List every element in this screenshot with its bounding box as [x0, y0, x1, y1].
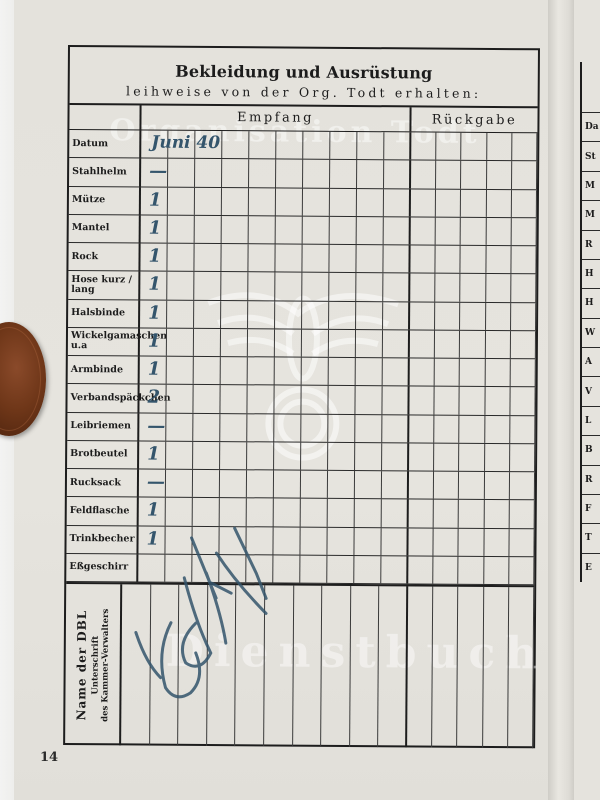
- empfang-cell: [381, 556, 408, 583]
- empfang-cell: [193, 470, 220, 497]
- rueckgabe-cell: [434, 415, 459, 442]
- rueckgabe-cell: [435, 274, 460, 301]
- form-title-area: Bekleidung und Ausrüstung leihweise von …: [70, 47, 538, 108]
- empfang-cell: [383, 330, 410, 357]
- table-row: Mütze1: [69, 187, 537, 219]
- empfang-cell: [195, 159, 222, 186]
- right-page-row-label: B: [582, 435, 600, 464]
- handwritten-entry: 2: [147, 387, 160, 408]
- empfang-cell: [168, 159, 195, 186]
- empfang-cell: [246, 555, 273, 582]
- right-page-row-label: Da: [582, 112, 600, 141]
- signature-cells: [121, 584, 534, 748]
- empfang-cell: [383, 302, 410, 329]
- empfang-cell: [357, 160, 384, 187]
- row-label: Mantel: [69, 215, 141, 243]
- empfang-cell: [193, 385, 220, 412]
- empfang-cell: [248, 244, 275, 271]
- right-page-row-label: St: [582, 141, 600, 170]
- table-row: Feldflasche1: [67, 497, 535, 529]
- rueckgabe-cell: [460, 387, 485, 414]
- empfang-cell: [248, 273, 275, 300]
- empfang-cell: [356, 330, 383, 357]
- empfang-cell: [301, 414, 328, 441]
- rueckgabe-cell: [511, 218, 536, 245]
- row-label: Armbinde: [68, 356, 140, 384]
- empfang-cell: [383, 358, 410, 385]
- right-page-row-label: V: [582, 376, 600, 405]
- empfang-cell: [247, 442, 274, 469]
- rueckgabe-cell: [510, 387, 535, 414]
- empfang-cell: [166, 498, 193, 525]
- empfang-cell: [383, 273, 410, 300]
- empfang-cell: [355, 443, 382, 470]
- empfang-cell: [384, 132, 411, 159]
- handwritten-entry: 1: [148, 302, 161, 323]
- rueckgabe-cell: [409, 471, 434, 498]
- rueckgabe-cell: [460, 302, 485, 329]
- rueckgabe-cell: [435, 302, 460, 329]
- empfang-cell: [328, 414, 355, 441]
- rueckgabe-cell: [509, 529, 534, 556]
- right-page-row-label: L: [582, 406, 600, 435]
- empfang-cell: [167, 357, 194, 384]
- empfang-cell: [328, 499, 355, 526]
- row-label: Feldflasche: [67, 497, 139, 525]
- empfang-cell: [302, 329, 329, 356]
- empfang-cell: [302, 301, 329, 328]
- empfang-cell: [195, 216, 222, 243]
- empfang-cell: [302, 245, 329, 272]
- empfang-cell: [194, 357, 221, 384]
- signature-cell: [207, 585, 237, 746]
- rueckgabe-cell: [410, 358, 435, 385]
- rueckgabe-cell: [486, 302, 511, 329]
- signature-cell: [293, 586, 323, 747]
- row-label: Eßgeschirr: [66, 554, 138, 582]
- rueckgabe-cell: [512, 133, 537, 160]
- empfang-cell: [383, 245, 410, 272]
- empfang-cell: [329, 358, 356, 385]
- rueckgabe-cell: [408, 556, 433, 583]
- handwritten-entry: —: [147, 472, 165, 493]
- empfang-cell: [248, 301, 275, 328]
- signature-cell: [378, 586, 408, 747]
- rueckgabe-cell: [461, 189, 486, 216]
- empfang-cell: [165, 554, 192, 581]
- handwritten-entry: 1: [148, 274, 161, 295]
- rueckgabe-cell: [411, 217, 436, 244]
- empfang-cell: [274, 414, 301, 441]
- empfang-cell: [222, 131, 249, 158]
- rueckgabe-cell: [411, 189, 436, 216]
- table-row: Hose kurz / lang1: [68, 271, 536, 303]
- empfang-cell: [382, 443, 409, 470]
- empfang-cell: [222, 188, 249, 215]
- handwritten-entry: 1: [147, 443, 160, 464]
- rueckgabe-cell: [436, 246, 461, 273]
- right-page-row-label: M: [582, 200, 600, 229]
- empfang-cell: [249, 160, 276, 187]
- signature-cell: [321, 586, 351, 747]
- table-row: Stahlhelm—: [69, 158, 537, 190]
- section-header-row: Empfang Rückgabe: [69, 105, 537, 133]
- header-empfang: Empfang: [141, 106, 411, 132]
- handwritten-entry: 1: [148, 330, 161, 351]
- empfang-cell: [301, 386, 328, 413]
- empfang-cell: [329, 245, 356, 272]
- rueckgabe-cell: [436, 161, 461, 188]
- rueckgabe-cell: [460, 330, 485, 357]
- empfang-cell: [249, 216, 276, 243]
- empfang-cell: [384, 217, 411, 244]
- empfang-cell: [329, 301, 356, 328]
- empfang-cell: [166, 441, 193, 468]
- rueckgabe-cell: [485, 387, 510, 414]
- rueckgabe-cell: [459, 472, 484, 499]
- empfang-cell: [275, 244, 302, 271]
- rueckgabe-cell: [409, 415, 434, 442]
- header-rueckgabe: Rückgabe: [411, 107, 537, 132]
- empfang-cell: [276, 160, 303, 187]
- empfang-cell: [219, 555, 246, 582]
- empfang-cell: [301, 471, 328, 498]
- signature-cell: [407, 586, 433, 747]
- rueckgabe-cell: [410, 274, 435, 301]
- rueckgabe-cell: [408, 528, 433, 555]
- empfang-cell: [221, 301, 248, 328]
- signature-cell: [432, 587, 458, 748]
- empfang-cell: [247, 386, 274, 413]
- empfang-cell: [303, 188, 330, 215]
- rueckgabe-cell: [433, 556, 458, 583]
- rueckgabe-cell: [484, 557, 509, 584]
- signature-label-main: Name der DBL: [74, 590, 89, 740]
- row-label: Wickelgamaschen u.a: [68, 328, 140, 356]
- empfang-cell: [221, 357, 248, 384]
- empfang-cell: [220, 470, 247, 497]
- rueckgabe-cell: [510, 472, 535, 499]
- row-label: Leibriemen: [67, 413, 139, 441]
- handwritten-entry: —: [149, 161, 167, 182]
- rueckgabe-cell: [460, 415, 485, 442]
- rueckgabe-cell: [512, 161, 537, 188]
- empfang-cell: [246, 527, 273, 554]
- empfang-cell: [330, 132, 357, 159]
- table-row: Trinkbecher1: [66, 526, 534, 558]
- row-label: Verbandspäckchen: [67, 384, 139, 412]
- rueckgabe-cell: [434, 472, 459, 499]
- empfang-cell: [303, 216, 330, 243]
- handwritten-entry: 1: [149, 189, 162, 210]
- empfang-cell: [302, 358, 329, 385]
- right-page-row-label: H: [582, 288, 600, 317]
- signature-label-sub2: des Kammer-Verwalters: [100, 590, 111, 740]
- rueckgabe-cell: [484, 500, 509, 527]
- empfang-cell: [194, 244, 221, 271]
- row-label: Halsbinde: [68, 300, 140, 328]
- rueckgabe-cell: [434, 500, 459, 527]
- empfang-cell: [329, 273, 356, 300]
- empfang-cell: [355, 471, 382, 498]
- rueckgabe-cell: [434, 443, 459, 470]
- row-label: Rucksack: [67, 469, 139, 497]
- empfang-cell: [273, 527, 300, 554]
- rueckgabe-cell: [487, 133, 512, 160]
- empfang-cell: [193, 498, 220, 525]
- rueckgabe-cell: [410, 330, 435, 357]
- empfang-cell: [303, 160, 330, 187]
- table-row: Mantel1: [69, 215, 537, 247]
- right-page-row-label: T: [582, 523, 600, 552]
- empfang-cell: [356, 245, 383, 272]
- table-row: Verbandspäckchen2: [67, 384, 535, 416]
- rueckgabe-cell: [512, 190, 537, 217]
- empfang-cell: [328, 386, 355, 413]
- empfang-cell: [384, 160, 411, 187]
- row-label: Mütze: [69, 187, 141, 215]
- handwritten-entry: 1: [148, 359, 161, 380]
- empfang-cell: [275, 357, 302, 384]
- empfang-cell: [167, 244, 194, 271]
- signature-cell: [264, 585, 294, 746]
- table-row: Halsbinde1: [68, 300, 536, 332]
- empfang-cell: [249, 131, 276, 158]
- book-gutter: [548, 0, 574, 800]
- rueckgabe-cell: [459, 500, 484, 527]
- empfang-cell: [327, 527, 354, 554]
- empfang-cell: [354, 528, 381, 555]
- rueckgabe-cell: [484, 472, 509, 499]
- empfang-cell: [357, 189, 384, 216]
- empfang-cell: [274, 442, 301, 469]
- empfang-cell: [303, 132, 330, 159]
- rueckgabe-cell: [436, 133, 461, 160]
- empfang-cell: [275, 273, 302, 300]
- empfang-cell: [328, 471, 355, 498]
- empfang-cell: [356, 273, 383, 300]
- rueckgabe-cell: [511, 274, 536, 301]
- empfang-cell: [382, 471, 409, 498]
- empfang-cell: [274, 386, 301, 413]
- rueckgabe-cell: [409, 443, 434, 470]
- empfang-cell: [354, 556, 381, 583]
- rueckgabe-cell: [436, 217, 461, 244]
- empfang-cell: [274, 499, 301, 526]
- signature-cell: [350, 586, 380, 747]
- row-label: Datum: [69, 130, 141, 158]
- empfang-cell: [357, 217, 384, 244]
- empfang-cell: [275, 329, 302, 356]
- rueckgabe-cell: [435, 387, 460, 414]
- empfang-cell: [357, 132, 384, 159]
- right-page-row-label: F: [582, 494, 600, 523]
- empfang-cell: [384, 189, 411, 216]
- table-row: Wickelgamaschen u.a1: [68, 328, 536, 360]
- empfang-cell: [276, 188, 303, 215]
- table-row: Armbinde1: [68, 356, 536, 388]
- empfang-cell: [274, 470, 301, 497]
- empfang-cell: [382, 386, 409, 413]
- empfang-cell: [219, 527, 246, 554]
- empfang-cell: [138, 554, 165, 581]
- handwritten-entry: Juni 40: [151, 133, 220, 153]
- empfang-cell: [221, 244, 248, 271]
- row-label: Rock: [68, 243, 140, 271]
- table-row: DatumJuni 40: [69, 130, 537, 162]
- empfang-cell: [327, 556, 354, 583]
- empfang-cell: [221, 329, 248, 356]
- empfang-cell: [329, 330, 356, 357]
- empfang-cell: [220, 498, 247, 525]
- empfang-cell: [220, 385, 247, 412]
- rueckgabe-cell: [434, 528, 459, 555]
- rueckgabe-cell: [487, 161, 512, 188]
- rueckgabe-cell: [410, 245, 435, 272]
- right-page-row-label: E: [582, 553, 600, 582]
- rueckgabe-cell: [511, 246, 536, 273]
- empfang-cell: [382, 415, 409, 442]
- rueckgabe-cell: [510, 359, 535, 386]
- rueckgabe-cell: [485, 331, 510, 358]
- right-page-row-label: H: [582, 259, 600, 288]
- empfang-cell: [247, 499, 274, 526]
- row-label: Brotbeutel: [67, 441, 139, 469]
- empfang-cell: [300, 527, 327, 554]
- row-label: Trinkbecher: [66, 526, 138, 554]
- rueckgabe-cell: [459, 443, 484, 470]
- row-label: Hose kurz / lang: [68, 271, 140, 299]
- empfang-cell: [167, 300, 194, 327]
- header-label-cell: [69, 105, 141, 130]
- rueckgabe-cell: [459, 556, 484, 583]
- empfang-cell: [194, 329, 221, 356]
- empfang-cell: [301, 499, 328, 526]
- empfang-cell: [167, 272, 194, 299]
- rueckgabe-cell: [411, 161, 436, 188]
- empfang-cell: [381, 528, 408, 555]
- table-row: Rucksack—: [67, 469, 535, 501]
- rueckgabe-cell: [436, 189, 461, 216]
- rueckgabe-cell: [435, 359, 460, 386]
- empfang-cell: [192, 555, 219, 582]
- empfang-cell: [276, 216, 303, 243]
- table-row: Leibriemen—: [67, 413, 535, 445]
- empfang-cell: [273, 555, 300, 582]
- empfang-cell: [355, 499, 382, 526]
- rueckgabe-cell: [484, 528, 509, 555]
- rueckgabe-cell: [462, 133, 487, 160]
- empfang-cell: [248, 357, 275, 384]
- rueckgabe-cell: [411, 132, 436, 159]
- rueckgabe-cell: [510, 416, 535, 443]
- handwritten-entry: —: [147, 415, 165, 436]
- rueckgabe-cell: [461, 274, 486, 301]
- rueckgabe-cell: [511, 331, 536, 358]
- empfang-cell: [220, 442, 247, 469]
- empfang-cell: [356, 302, 383, 329]
- right-page-row-label: R: [582, 465, 600, 494]
- empfang-cell: [300, 555, 327, 582]
- rueckgabe-cell: [509, 500, 534, 527]
- rueckgabe-cell: [511, 303, 536, 330]
- empfang-cell: [166, 385, 193, 412]
- signature-cell: [235, 585, 265, 746]
- empfang-cell: [355, 415, 382, 442]
- table-row: Eßgeschirr: [66, 554, 534, 586]
- form-subtitle: leihweise von der Org. Todt erhalten:: [70, 83, 538, 101]
- right-page-row-label: R: [582, 230, 600, 259]
- rueckgabe-cell: [461, 217, 486, 244]
- signature-row: Name der DBL Unterschrift des Kammer-Ver…: [65, 582, 534, 748]
- rueckgabe-cell: [486, 274, 511, 301]
- rueckgabe-cell: [459, 528, 484, 555]
- signature-cell: [457, 587, 483, 748]
- empfang-cell: [249, 188, 276, 215]
- empfang-cell: [168, 215, 195, 242]
- empfang-cell: [355, 386, 382, 413]
- empfang-cell: [192, 526, 219, 553]
- empfang-cell: [222, 216, 249, 243]
- rueckgabe-cell: [461, 246, 486, 273]
- empfang-cell: [166, 413, 193, 440]
- empfang-cell: [194, 300, 221, 327]
- empfang-cell: [194, 272, 221, 299]
- right-page-row-label: W: [582, 318, 600, 347]
- rueckgabe-cell: [510, 444, 535, 471]
- handwritten-entry: 1: [147, 500, 160, 521]
- rueckgabe-cell: [409, 500, 434, 527]
- signature-cell: [178, 585, 208, 746]
- handwritten-entry: 1: [149, 217, 162, 238]
- equipment-grid: DatumJuni 40Stahlhelm—Mütze1Mantel1Rock1…: [66, 130, 537, 585]
- empfang-cell: [193, 442, 220, 469]
- right-page-form-fragment: DaStMMRHHWAVLBRFTE: [580, 62, 600, 582]
- empfang-cell: [221, 272, 248, 299]
- empfang-cell: [330, 160, 357, 187]
- empfang-cell: [330, 217, 357, 244]
- rueckgabe-cell: [509, 557, 534, 584]
- empfang-cell: [247, 414, 274, 441]
- page-number: 14: [40, 750, 58, 765]
- empfang-cell: [220, 414, 247, 441]
- rueckgabe-cell: [410, 302, 435, 329]
- empfang-cell: [222, 159, 249, 186]
- row-label: Stahlhelm: [69, 158, 141, 186]
- signature-cell: [150, 585, 180, 746]
- right-page-row-label: M: [582, 171, 600, 200]
- rueckgabe-cell: [486, 218, 511, 245]
- empfang-cell: [168, 187, 195, 214]
- signature-cell: [508, 587, 534, 748]
- empfang-cell: [302, 273, 329, 300]
- rueckgabe-cell: [409, 387, 434, 414]
- rueckgabe-cell: [461, 161, 486, 188]
- empfang-cell: [276, 131, 303, 158]
- signature-cell: [121, 584, 151, 745]
- empfang-cell: [330, 188, 357, 215]
- equipment-form: Organisation Todt Dienstbuch Bekleidung …: [63, 45, 540, 748]
- empfang-cell: [193, 413, 220, 440]
- empfang-cell: [195, 187, 222, 214]
- rueckgabe-cell: [485, 359, 510, 386]
- rueckgabe-cell: [485, 415, 510, 442]
- empfang-cell: [328, 443, 355, 470]
- signature-cell: [483, 587, 509, 748]
- rueckgabe-cell: [486, 246, 511, 273]
- form-title: Bekleidung und Ausrüstung: [70, 61, 538, 83]
- table-row: Brotbeutel1: [67, 441, 535, 473]
